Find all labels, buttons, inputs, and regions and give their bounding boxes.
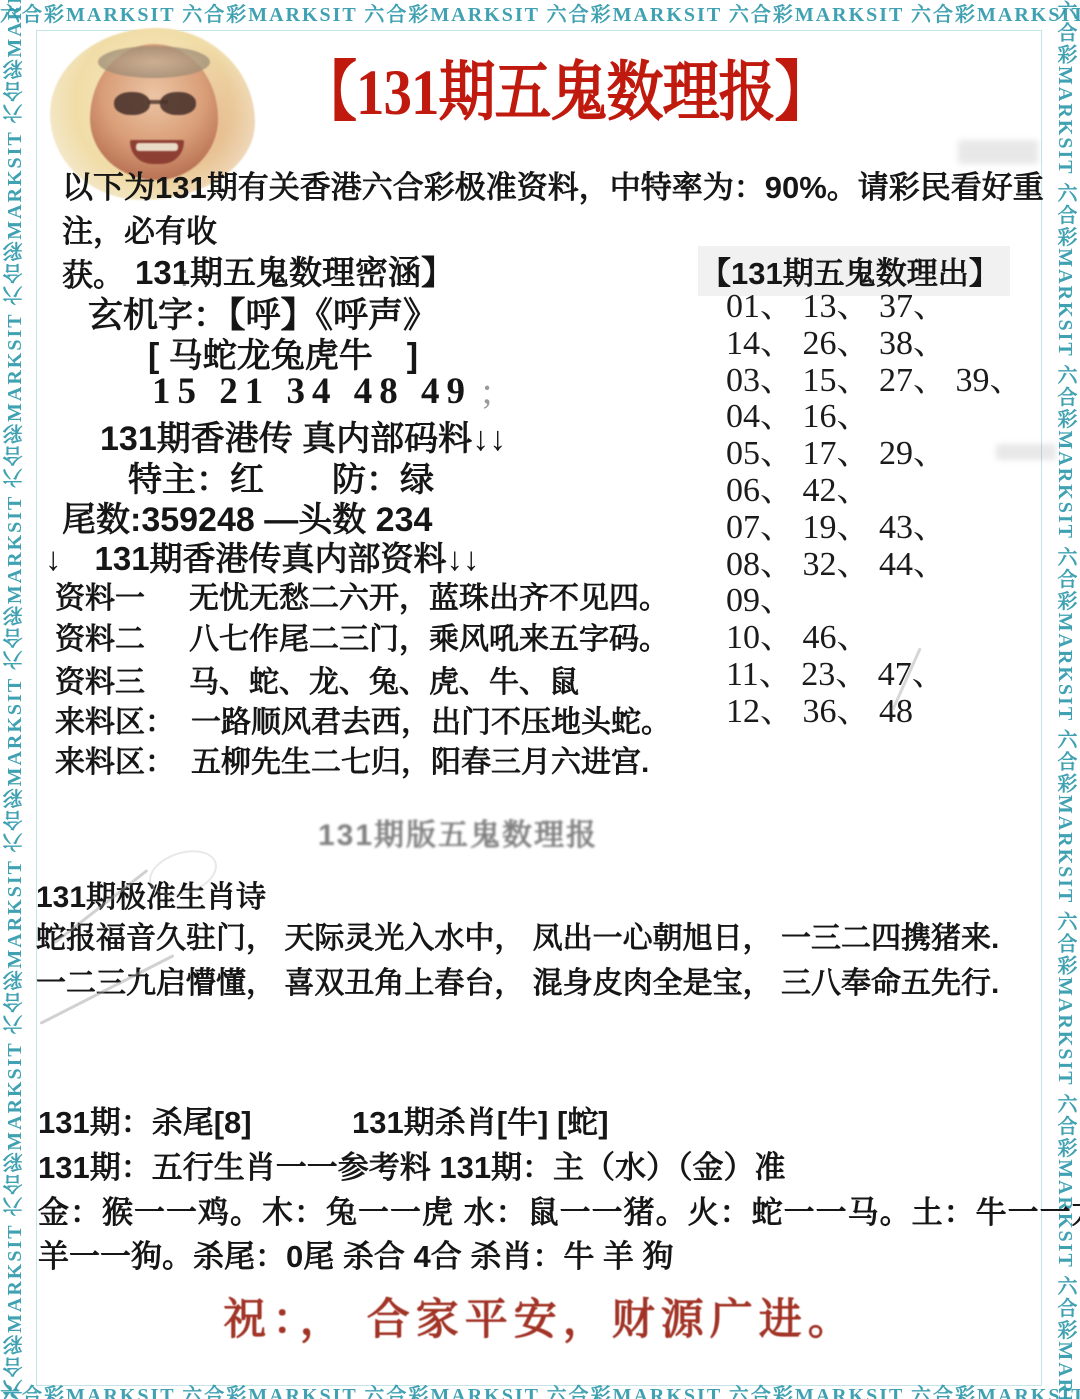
number-row: 06、 42、 bbox=[700, 473, 1060, 510]
number-row: 12、 36、 48 bbox=[700, 694, 1060, 731]
scan-smudge bbox=[996, 444, 1056, 460]
info-row-text: 五柳先生二七归，阳春三月六进宫. bbox=[191, 737, 649, 781]
sunglasses-icon bbox=[114, 92, 150, 115]
info-row-text: 马、蛇、龙、兔、虎、牛、鼠 bbox=[189, 657, 579, 701]
border-pattern-left: 六合彩MARKSIT 六合彩MARKSIT 六合彩MARKSIT 六合彩MARK… bbox=[2, 0, 32, 1399]
number-row: 01、 13、 37、 bbox=[700, 289, 1060, 326]
number-output-list: 01、 13、 37、 14、 26、 38、 03、 15、 27、 39、 … bbox=[700, 289, 1060, 731]
number-row: 10、 46、 bbox=[700, 620, 1060, 657]
number-row: 14、 26、 38、 bbox=[700, 326, 1060, 363]
sunglasses-bridge bbox=[148, 100, 168, 104]
five-elements-header: 131期：五行生肖一一参考料 131期：主（水）（金）准 bbox=[38, 1142, 786, 1187]
info-row-5: 来料区： 五柳先生二七归，阳春三月六进宫. bbox=[55, 737, 649, 781]
avatar-hair bbox=[98, 46, 210, 78]
lucky-numbers-line: 15 21 34 48 49; bbox=[152, 370, 499, 413]
avatar-teeth bbox=[136, 143, 178, 151]
info-row-text: 八七作尾二三门，乘风吼来五字码。 bbox=[189, 614, 669, 658]
left-panel-header: 131期五鬼数理密涵】 bbox=[135, 247, 454, 294]
number-row: 04、 16、 bbox=[700, 399, 1060, 436]
number-row: 07、 19、 43、 bbox=[700, 510, 1060, 547]
number-row: 03、 15、 27、 39、 bbox=[700, 363, 1060, 400]
info-row-text: 一路顺风君去西，出门不压地头蛇。 bbox=[191, 697, 671, 741]
info-row-4: 来料区： 一路顺风君去西，出门不压地头蛇。 bbox=[55, 697, 671, 741]
number-row: 11、 23、 47、 bbox=[700, 657, 1060, 694]
info-row-label: 资料二 bbox=[55, 614, 173, 658]
five-elements-line1: 金：猴一一鸡。木：兔一一虎 水：鼠一一猪。火：蛇一一马。土：牛一一龙一一 bbox=[38, 1187, 1080, 1232]
number-row: 08、 32、 44、 bbox=[700, 547, 1060, 584]
intro-line1: 以下为131期有关香港六合彩极准资料，中特率为：90%。请彩民看好重注，必有收 bbox=[62, 170, 1044, 249]
scan-smudge bbox=[958, 140, 1038, 164]
faded-edition-title: 131期版五鬼数理报 bbox=[318, 810, 598, 854]
poem-line-2: 一二三九启懵懂， 喜双丑角上春台， 混身皮肉全是宝， 三八奉命五先行. bbox=[36, 958, 1048, 1002]
info-row-label: 资料一 bbox=[55, 573, 173, 617]
scan-stray-mark: ; bbox=[482, 371, 499, 412]
info-row-label: 资料三 bbox=[55, 657, 173, 701]
blessing-line: 祝：， 合家平安，财源广进。 bbox=[0, 1286, 1080, 1347]
kill-zodiac-line: 131期杀肖[牛] [蛇] bbox=[352, 1097, 609, 1142]
lucky-numbers: 15 21 34 48 49 bbox=[152, 371, 472, 412]
poem-line-1: 蛇报福音久驻门， 天际灵光入水中， 凤出一心朝旭日， 一三二四携猪来. bbox=[36, 913, 1048, 957]
border-pattern-top: 六合彩MARKSIT 六合彩MARKSIT 六合彩MARKSIT 六合彩MARK… bbox=[0, 0, 1080, 30]
info-row-3: 资料三 马、蛇、龙、兔、虎、牛、鼠 bbox=[55, 657, 579, 701]
five-elements-line2: 羊一一狗。杀尾：0尾 杀合 4合 杀肖：牛 羊 狗 bbox=[38, 1231, 674, 1276]
info-row-label: 来料区： bbox=[55, 697, 175, 741]
info-row-2: 资料二 八七作尾二三门，乘风吼来五字码。 bbox=[55, 614, 669, 658]
info-row-text: 无忧无愁二六开，蓝珠出齐不见四。 bbox=[189, 573, 669, 617]
page-title: 【131期五鬼数理报】 bbox=[300, 40, 831, 133]
avatar-face bbox=[90, 44, 218, 180]
info-row-1: 资料一 无忧无愁二六开，蓝珠出齐不见四。 bbox=[55, 573, 669, 617]
border-pattern-bottom: 六合彩MARKSIT 六合彩MARKSIT 六合彩MARKSIT 六合彩MARK… bbox=[0, 1384, 1080, 1399]
info-row-label: 来料区： bbox=[55, 737, 175, 781]
number-row: 09、 bbox=[700, 583, 1060, 620]
kill-tail-line: 131期：杀尾[8] bbox=[38, 1097, 252, 1142]
lottery-tip-sheet: 六合彩MARKSIT 六合彩MARKSIT 六合彩MARKSIT 六合彩MARK… bbox=[0, 0, 1080, 1399]
